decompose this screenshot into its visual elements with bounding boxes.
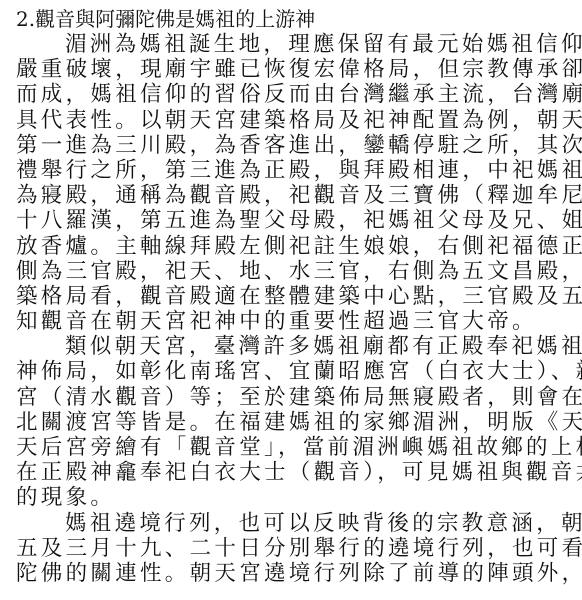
text-line: 知觀音在朝天宮祀神中的重要性超過三官大帝。 bbox=[16, 309, 572, 334]
text-line: 側為三官殿，祀天、地、水三官，右側為五文昌殿，祀五文昌夫子；從建 bbox=[16, 259, 572, 284]
text-line: 為寢殿，通稱為觀音殿，祀觀音及三寶佛（釋迦牟尼、阿彌陀佛、彌勒佛） bbox=[16, 183, 572, 208]
section-heading: 2.觀音與阿彌陀佛是媽祖的上游神 bbox=[16, 7, 572, 32]
text-line: 天后宮旁繪有「觀音堂」，當前湄洲嶼媽祖故鄉的上林宮（一進單殿式）則 bbox=[16, 435, 572, 460]
document-page: 2.觀音與阿彌陀佛是媽祖的上游神 湄洲為媽祖誕生地，理應保留有最元始媽祖信仰實況… bbox=[16, 7, 572, 586]
text-line: 宮（清水觀音）等；至於建築佈局無寢殿者，則會在側殿奉祀觀音，如臺 bbox=[16, 385, 572, 410]
text-line: 具代表性。以朝天宮建築格局及祀神配置為例，朝天宮為七門五進格局， bbox=[16, 108, 572, 133]
text-line: 第一進為三川殿，為香客進出，鑾轎停駐之所，其次拜殿，為春秋二祭典 bbox=[16, 133, 572, 158]
text-line: 五及三月十九、二十日分別舉行的遶境行列，也可看出媽祖與觀音及阿彌 bbox=[16, 536, 572, 561]
text-line: 北關渡宮等皆是。在福建媽祖的家鄉湄洲，明版《天妃顯聖錄》湄洲圖在 bbox=[16, 410, 572, 435]
text-line: 陀佛的關連性。朝天宮遶境行列除了前導的陣頭外，神轝行列排列次序如 bbox=[16, 561, 572, 586]
text-line: 神佈局，如彰化南瑤宮、宜蘭昭應宮（白衣大士）、新竹長和宮、八里天后 bbox=[16, 359, 572, 384]
text-line: 嚴重破壞，現廟宇雖已恢復宏偉格局，但宗教傳承卻為現代人的回憶拼湊 bbox=[16, 57, 572, 82]
text-line: 的現象。 bbox=[16, 485, 572, 510]
text-line: 媽祖遶境行列，也可以反映背後的宗教意涵，朝天宮每年農曆正月十 bbox=[16, 511, 572, 536]
paragraph-3: 媽祖遶境行列，也可以反映背後的宗教意涵，朝天宮每年農曆正月十 五及三月十九、二十… bbox=[16, 511, 572, 587]
text-line: 禮舉行之所，第三進為正殿，與拜殿相連，中祀媽祖及其配祀神，第四進 bbox=[16, 158, 572, 183]
text-line: 在正殿神龕奉祀白衣大士（觀音），可見媽祖與觀音共祀一廟是媽祖廟普遍 bbox=[16, 460, 572, 485]
text-line: 放香爐。主軸線拜殿左側祀註生娘娘，右側祀福德正神及境主公。寢殿左 bbox=[16, 234, 572, 259]
text-line: 湄洲為媽祖誕生地，理應保留有最元始媽祖信仰實況，但因文革期間 bbox=[16, 32, 572, 57]
text-line: 類似朝天宮，臺灣許多媽祖廟都有正殿奉祀媽祖，寢殿奉祀觀音的祀 bbox=[16, 334, 572, 359]
text-line: 十八羅漢，第五進為聖父母殿，祀媽祖父母及兄、姐，各殿間均有天井置 bbox=[16, 208, 572, 233]
text-line: 而成，媽祖信仰的習俗反而由台灣繼承主流，台灣廟宇則以北港朝天宮最 bbox=[16, 82, 572, 107]
paragraph-1: 湄洲為媽祖誕生地，理應保留有最元始媽祖信仰實況，但因文革期間 嚴重破壞，現廟宇雖… bbox=[16, 32, 572, 334]
paragraph-2: 類似朝天宮，臺灣許多媽祖廟都有正殿奉祀媽祖，寢殿奉祀觀音的祀 神佈局，如彰化南瑤… bbox=[16, 334, 572, 510]
text-line: 築格局看，觀音殿適在整體建築中心點，三官殿及五文昌殿在其兩側，可 bbox=[16, 284, 572, 309]
